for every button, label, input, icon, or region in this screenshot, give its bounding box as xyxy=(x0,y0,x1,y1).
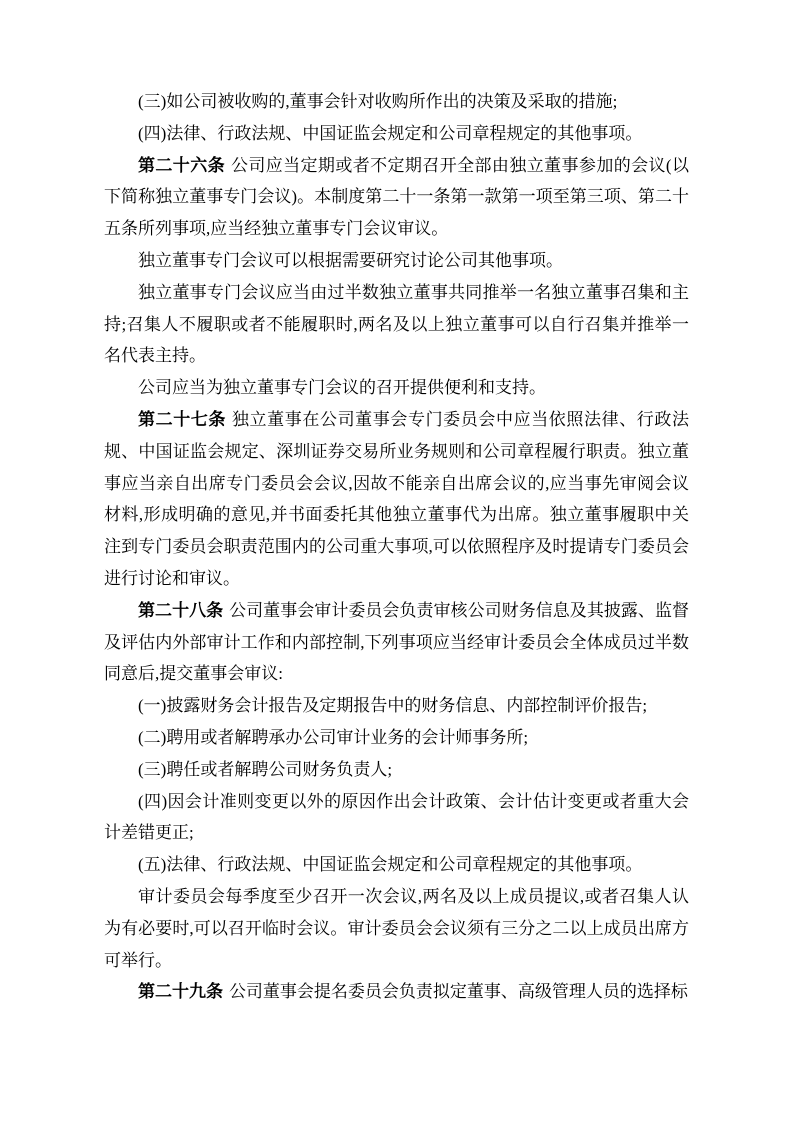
paragraph: 第二十六条公司应当定期或者不定期召开全部由独立董事参加的会议(以下简称独立董事专… xyxy=(104,150,689,245)
paragraph: 第二十九条公司董事会提名委员会负责拟定董事、高级管理人员的选择标 xyxy=(104,976,689,1008)
paragraph: (三)聘任或者解聘公司财务负责人; xyxy=(104,754,689,786)
paragraph: 第二十八条公司董事会审计委员会负责审核公司财务信息及其披露、监督及评估内外部审计… xyxy=(104,595,689,690)
article-number: 第二十八条 xyxy=(138,601,223,620)
paragraph: 第二十七条独立董事在公司董事会专门委员会中应当依照法律、行政法规、中国证监会规定… xyxy=(104,404,689,595)
paragraph: (一)披露财务会计报告及定期报告中的财务信息、内部控制评价报告; xyxy=(104,690,689,722)
document-page: (三)如公司被收购的,董事会针对收购所作出的决策及采取的措施;(四)法律、行政法… xyxy=(0,0,793,1122)
paragraph: 审计委员会每季度至少召开一次会议,两名及以上成员提议,或者召集人认为有必要时,可… xyxy=(104,881,689,976)
paragraph: 公司应当为独立董事专门会议的召开提供便利和支持。 xyxy=(104,372,689,404)
paragraph: (五)法律、行政法规、中国证监会规定和公司章程规定的其他事项。 xyxy=(104,849,689,881)
article-number: 第二十六条 xyxy=(138,156,225,175)
paragraph: 独立董事专门会议应当由过半数独立董事共同推举一名独立董事召集和主持;召集人不履职… xyxy=(104,277,689,372)
paragraph: 独立董事专门会议可以根据需要研究讨论公司其他事项。 xyxy=(104,245,689,277)
paragraph: (四)法律、行政法规、中国证监会规定和公司章程规定的其他事项。 xyxy=(104,118,689,150)
article-number: 第二十九条 xyxy=(138,982,223,1001)
document-body: (三)如公司被收购的,董事会针对收购所作出的决策及采取的措施;(四)法律、行政法… xyxy=(104,86,689,1008)
paragraph: (二)聘用或者解聘承办公司审计业务的会计师事务所; xyxy=(104,722,689,754)
paragraph: (三)如公司被收购的,董事会针对收购所作出的决策及采取的措施; xyxy=(104,86,689,118)
paragraph: (四)因会计准则变更以外的原因作出会计政策、会计估计变更或者重大会计差错更正; xyxy=(104,786,689,850)
article-number: 第二十七条 xyxy=(138,410,226,429)
